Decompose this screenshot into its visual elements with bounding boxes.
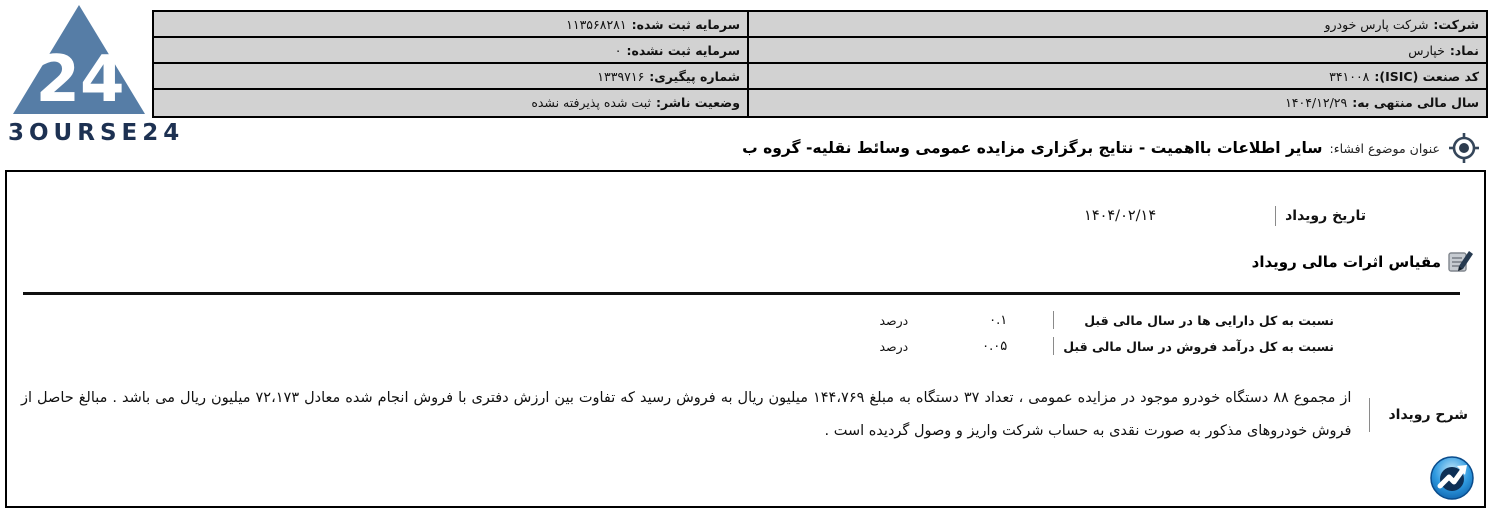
divider: [1053, 311, 1054, 329]
ratio-assets-value: ۰.۱: [935, 313, 1053, 328]
event-description-text: از مجموع ۸۸ دستگاه خودرو موجود در مزایده…: [21, 382, 1351, 448]
registered-capital-value: ۱۱۳۵۶۸۲۸۱: [566, 17, 626, 32]
table-cell-fiscal-year: سال مالی منتهی به:۱۴۰۴/۱۲/۲۹: [747, 90, 1486, 116]
tracking-number-value: ۱۳۳۹۷۱۶: [597, 69, 644, 84]
divider: [1053, 337, 1054, 355]
event-description-row: شرح رویداد از مجموع ۸۸ دستگاه خودرو موجو…: [21, 382, 1468, 448]
subject-title: سایر اطلاعات بااهمیت - نتایج برگزاری مزا…: [742, 139, 1322, 157]
symbol-value: خپارس: [1408, 43, 1445, 58]
ratio-assets-unit: درصد: [879, 313, 935, 328]
event-description-label: شرح رویداد: [1388, 407, 1468, 423]
unregistered-capital-label: سرمایه ثبت نشده:: [626, 43, 740, 58]
registered-capital-label: سرمایه ثبت شده:: [632, 17, 740, 32]
disclosure-body: تاریخ رویداد ۱۴۰۴/۰۲/۱۴ مقیاس اثرات مالی…: [5, 170, 1486, 508]
divider: [1275, 206, 1276, 226]
table-cell-company: شرکت:شرکت پارس خودرو: [747, 12, 1486, 38]
financial-scale-heading: مقیاس اثرات مالی رویداد: [1252, 253, 1441, 271]
event-date-row: تاریخ رویداد ۱۴۰۴/۰۲/۱۴: [1084, 206, 1366, 226]
table-cell-registered-capital: سرمایه ثبت شده:۱۱۳۵۶۸۲۸۱: [154, 12, 747, 38]
crosshair-icon: [1447, 131, 1481, 165]
isic-label: کد صنعت (ISIC):: [1374, 69, 1479, 84]
notepad-pencil-icon: [1447, 248, 1474, 275]
tracking-number-label: شماره پیگیری:: [649, 69, 740, 84]
table-cell-symbol: نماد:خپارس: [747, 38, 1486, 64]
divider: [1369, 398, 1370, 432]
bourse24-logo: 24 3OURSE24: [8, 2, 150, 146]
issuer-status-value: ثبت شده پذیرفته نشده: [531, 95, 651, 110]
symbol-label: نماد:: [1450, 43, 1479, 58]
company-info-table: شرکت:شرکت پارس خودرو سرمایه ثبت شده:۱۱۳۵…: [152, 10, 1488, 118]
svg-text:24: 24: [35, 43, 124, 117]
fiscal-year-label: سال مالی منتهی به:: [1352, 95, 1479, 110]
isic-value: ۳۴۱۰۰۸: [1329, 69, 1369, 84]
disclosure-page: 24 3OURSE24 شرکت:شرکت پارس خودرو سرمایه …: [0, 0, 1490, 514]
table-cell-tracking-number: شماره پیگیری:۱۳۳۹۷۱۶: [154, 64, 747, 90]
company-label: شرکت:: [1433, 17, 1479, 32]
financial-scale-heading-row: مقیاس اثرات مالی رویداد: [1252, 248, 1474, 275]
event-date-label: تاریخ رویداد: [1285, 208, 1366, 224]
table-cell-isic: کد صنعت (ISIC):۳۴۱۰۰۸: [747, 64, 1486, 90]
financial-ratios: نسبت به کل دارایی ها در سال مالی قبل ۰.۱…: [879, 311, 1334, 355]
table-cell-issuer-status: وضعیت ناشر:ثبت شده پذیرفته نشده: [154, 90, 747, 116]
ratio-revenue-value: ۰.۰۵: [935, 339, 1053, 354]
ratio-revenue-unit: درصد: [879, 339, 935, 354]
ratio-assets-label: نسبت به کل دارایی ها در سال مالی قبل: [1054, 313, 1334, 328]
ratio-revenue-label: نسبت به کل درآمد فروش در سال مالی قبل: [1054, 339, 1334, 354]
fiscal-year-value: ۱۴۰۴/۱۲/۲۹: [1285, 95, 1347, 110]
bourse24-brand-text: 3OURSE24: [8, 120, 150, 146]
table-cell-unregistered-capital: سرمایه ثبت نشده:۰: [154, 38, 747, 64]
issuer-status-label: وضعیت ناشر:: [656, 95, 740, 110]
section-separator: [23, 292, 1460, 295]
subject-prefix: عنوان موضوع افشاء:: [1330, 141, 1440, 156]
unregistered-capital-value: ۰: [615, 43, 622, 58]
company-value: شرکت پارس خودرو: [1324, 17, 1428, 32]
trend-arrow-icon: [1430, 456, 1474, 500]
disclosure-subject-line: عنوان موضوع افشاء: سایر اطلاعات بااهمیت …: [742, 130, 1481, 166]
event-date-value: ۱۴۰۴/۰۲/۱۴: [1084, 208, 1156, 224]
bourse24-triangle-icon: 24: [10, 2, 148, 118]
